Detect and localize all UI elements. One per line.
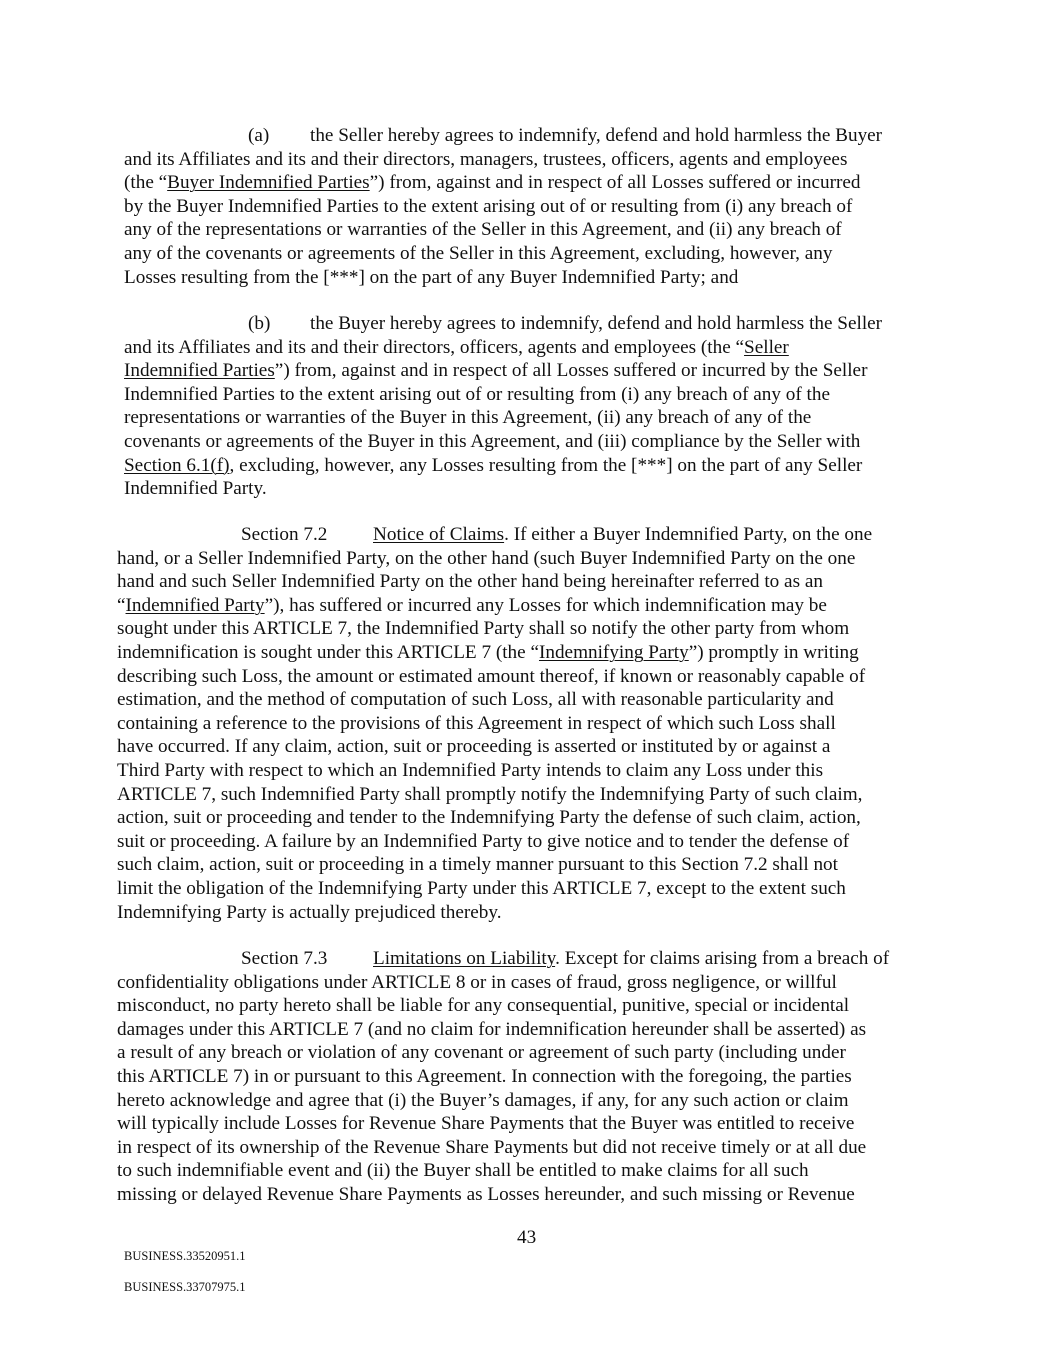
paragraph-a: (a)the Seller hereby agrees to indemnify…: [124, 124, 882, 289]
paragraph-b: (b)the Buyer hereby agrees to indemnify,…: [124, 312, 882, 501]
section-7-3-line: a result of any breach or violation of a…: [117, 1041, 889, 1065]
paragraph-b-line: representations or warranties of the Buy…: [124, 406, 882, 430]
defined-term-indemnifying-party: Indemnifying Party: [539, 642, 689, 663]
section-7-3-line: in respect of its ownership of the Reven…: [117, 1136, 889, 1160]
section-7-3-line: damages under this ARTICLE 7 (and no cla…: [117, 1018, 889, 1042]
section-7-2-line: suit or proceeding. A failure by an Inde…: [117, 830, 872, 854]
section-7-3-line: will typically include Losses for Revenu…: [117, 1112, 889, 1136]
page-number: 43: [517, 1227, 536, 1249]
section-7-2-line: hand and such Seller Indemnified Party o…: [117, 570, 872, 594]
section-7-2-line: containing a reference to the provisions…: [117, 712, 872, 736]
paragraph-a-line: (the “Buyer Indemnified Parties”) from, …: [124, 171, 882, 195]
section-7-2-line: limit the obligation of the Indemnifying…: [117, 877, 872, 901]
section-7-3-line: missing or delayed Revenue Share Payment…: [117, 1183, 889, 1207]
section-7-2-line: indemnification is sought under this ART…: [117, 641, 872, 665]
section-7-3: Section 7.3Limitations on Liability. Exc…: [117, 947, 889, 1207]
paragraph-b-label: (b): [248, 312, 310, 336]
section-7-2-line: have occurred. If any claim, action, sui…: [117, 735, 872, 759]
paragraph-a-line: by the Buyer Indemnified Parties to the …: [124, 195, 882, 219]
section-7-2-line: Third Party with respect to which an Ind…: [117, 759, 872, 783]
section-7-2-line: such claim, action, suit or proceeding i…: [117, 853, 872, 877]
section-7-3-line: this ARTICLE 7) in or pursuant to this A…: [117, 1065, 889, 1089]
section-7-3-line: confidentiality obligations under ARTICL…: [117, 971, 889, 995]
section-7-2-line: ARTICLE 7, such Indemnified Party shall …: [117, 783, 872, 807]
section-7-3-line: misconduct, no party hereto shall be lia…: [117, 994, 889, 1018]
defined-term-seller-indemnified-parties: Seller: [744, 337, 789, 358]
section-7-2-number: Section 7.2: [241, 523, 373, 547]
section-7-2: Section 7.2Notice of Claims. If either a…: [117, 523, 872, 924]
document-id: BUSINESS.33707975.1: [124, 1280, 246, 1295]
section-7-2-line: estimation, and the method of computatio…: [117, 688, 872, 712]
defined-term-indemnified-party: Indemnified Party: [126, 595, 265, 616]
paragraph-b-line: covenants or agreements of the Buyer in …: [124, 430, 882, 454]
paragraph-b-line: Indemnified Parties to the extent arisin…: [124, 383, 882, 407]
paragraph-a-line: and its Affiliates and its and their dir…: [124, 148, 882, 172]
paragraph-a-line-1: (a)the Seller hereby agrees to indemnify…: [124, 124, 882, 148]
paragraph-b-line: Section 6.1(f), excluding, however, any …: [124, 454, 882, 478]
section-7-2-line: describing such Loss, the amount or esti…: [117, 665, 872, 689]
section-7-3-line: to such indemnifiable event and (ii) the…: [117, 1159, 889, 1183]
section-7-2-line: hand, or a Seller Indemnified Party, on …: [117, 547, 872, 571]
paragraph-a-line: any of the covenants or agreements of th…: [124, 242, 882, 266]
defined-term-buyer-indemnified-parties: Buyer Indemnified Parties: [167, 172, 369, 193]
paragraph-b-line: and its Affiliates and its and their dir…: [124, 336, 882, 360]
section-7-3-line: hereto acknowledge and agree that (i) th…: [117, 1089, 889, 1113]
section-7-2-line-1: Section 7.2Notice of Claims. If either a…: [117, 523, 872, 547]
paragraph-a-label: (a): [248, 124, 310, 148]
section-7-2-line: action, suit or proceeding and tender to…: [117, 806, 872, 830]
paragraph-a-line: any of the representations or warranties…: [124, 218, 882, 242]
section-7-3-heading: Limitations on Liability: [373, 948, 555, 969]
section-7-2-line: sought under this ARTICLE 7, the Indemni…: [117, 617, 872, 641]
document-page: (a)the Seller hereby agrees to indemnify…: [0, 0, 1055, 1365]
paragraph-b-line: Indemnified Parties”) from, against and …: [124, 359, 882, 383]
section-6-1-f-reference: Section 6.1(f): [124, 455, 230, 476]
paragraph-a-line: Losses resulting from the [***] on the p…: [124, 266, 882, 290]
paragraph-b-line-1: (b)the Buyer hereby agrees to indemnify,…: [124, 312, 882, 336]
defined-term-seller-indemnified-parties-cont: Indemnified Parties: [124, 360, 275, 381]
document-id: BUSINESS.33520951.1: [124, 1249, 246, 1264]
paragraph-b-line: Indemnified Party.: [124, 477, 882, 501]
section-7-3-number: Section 7.3: [241, 947, 373, 971]
section-7-2-heading: Notice of Claims: [373, 524, 504, 545]
section-7-3-line-1: Section 7.3Limitations on Liability. Exc…: [117, 947, 889, 971]
section-7-2-line: Indemnifying Party is actually prejudice…: [117, 901, 872, 925]
section-7-2-line: “Indemnified Party”), has suffered or in…: [117, 594, 872, 618]
